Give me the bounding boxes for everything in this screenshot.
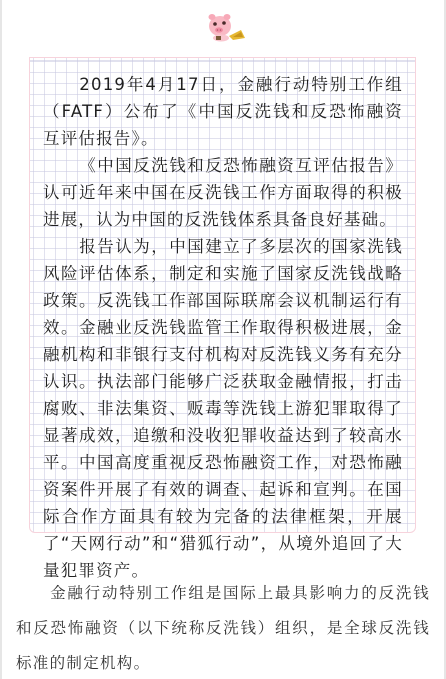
pig-mascot-icon bbox=[203, 12, 249, 44]
paragraph-report-findings: 报告认为，中国建立了多层次的国家洗钱风险评估体系，制定和实施了国家反洗钱战略政策… bbox=[43, 233, 403, 584]
page-edge-left bbox=[0, 0, 2, 679]
paragraph-announcement: 2019年4月17日，金融行动特别工作组（FATF）公布了《中国反洗钱和反恐怖融… bbox=[43, 71, 403, 152]
report-summary: 2019年4月17日，金融行动特别工作组（FATF）公布了《中国反洗钱和反恐怖融… bbox=[43, 71, 403, 584]
fatf-description: 金融行动特别工作组是国际上最具影响力的反洗钱和反恐怖融资（以下统称反洗钱）组织，… bbox=[16, 576, 430, 679]
paragraph-fatf-intro: 金融行动特别工作组是国际上最具影响力的反洗钱和反恐怖融资（以下统称反洗钱）组织，… bbox=[16, 576, 430, 679]
paragraph-report-recognition: 《中国反洗钱和反恐怖融资互评估报告》认可近年来中国在反洗钱工作方面取得的积极进展… bbox=[43, 152, 403, 233]
